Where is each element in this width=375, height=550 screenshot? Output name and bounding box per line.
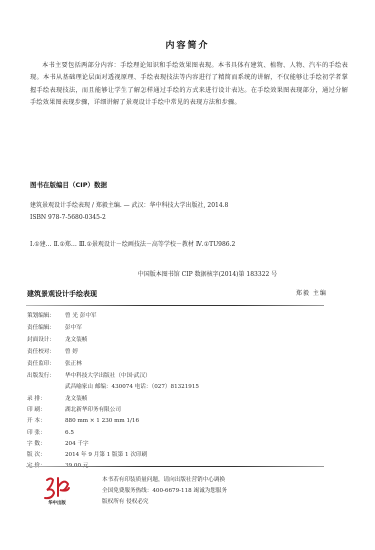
credit-row: 印 刷：湖北新华印务有限公司 (27, 405, 121, 413)
credit-row: 版 次：2014 年 9 月第 1 版第 1 次印刷 (27, 450, 147, 458)
credit-row: 开 本：880 mm × 1 230 mm 1/16 (27, 416, 139, 424)
notice-line: 本书若有印装质量问题，请向出版社营销中心调换 (102, 475, 225, 483)
cip-record-number: 中国版本图书馆 CIP 数据核字(2014)第 183322 号 (0, 269, 375, 278)
credit-row: 责任监印：张正林 (27, 359, 82, 367)
credit-row: 武昌喻家山 邮编：430074 电话：（027）81321915 (27, 382, 199, 390)
cip-isbn: ISBN 978-7-5680-0345-2 (30, 214, 106, 221)
summary-paragraph: 本书主要包括两部分内容：手绘理论知识和手绘效果图表现。本书具体有建筑、植物、人物… (30, 60, 348, 110)
notice-line: 全国免费服务热线：400-6679-118 竭诚为您服务 (102, 486, 227, 494)
credit-row: 责任编辑：彭中军 (27, 323, 82, 331)
credit-row: 字 数：204 千字 (27, 439, 89, 447)
divider-top (26, 305, 324, 306)
credit-row: 封面设计：龙文装帧 (27, 335, 87, 343)
publisher-logo: 华中出版 (43, 472, 71, 508)
credit-row: 定 价：39.00 元 (27, 461, 88, 469)
book-author: 郑毅 主编 (296, 288, 327, 297)
cip-bibliographic-line: 建筑景观设计手绘表现 / 郑毅主编. — 武汉：华中科技大学出版社, 2014.… (30, 200, 228, 209)
notice-line: 版权所有 侵权必究 (102, 497, 149, 505)
credit-row: 录 排：龙文装帧 (27, 394, 87, 402)
credit-row: 责任校对：曾 婷 (27, 347, 78, 355)
book-title: 建筑景观设计手绘表现 (27, 289, 97, 299)
cip-classification: Ⅰ.①建… Ⅱ.①郑… Ⅲ.①景观设计－绘画技法－高等学校－教材 Ⅳ.①TU98… (30, 239, 235, 248)
credit-row: 出版发行：华中科技大学出版社（中国·武汉） (27, 371, 151, 379)
credit-row: 印 张：6.5 (27, 428, 74, 436)
cip-heading: 图书在版编目（CIP）数据 (30, 180, 107, 189)
credit-row: 策划编辑：曾 光 彭中军 (27, 311, 97, 319)
logo-caption: 华中出版 (43, 500, 71, 506)
summary-title: 内容简介 (0, 38, 375, 51)
divider-bottom (26, 466, 324, 467)
